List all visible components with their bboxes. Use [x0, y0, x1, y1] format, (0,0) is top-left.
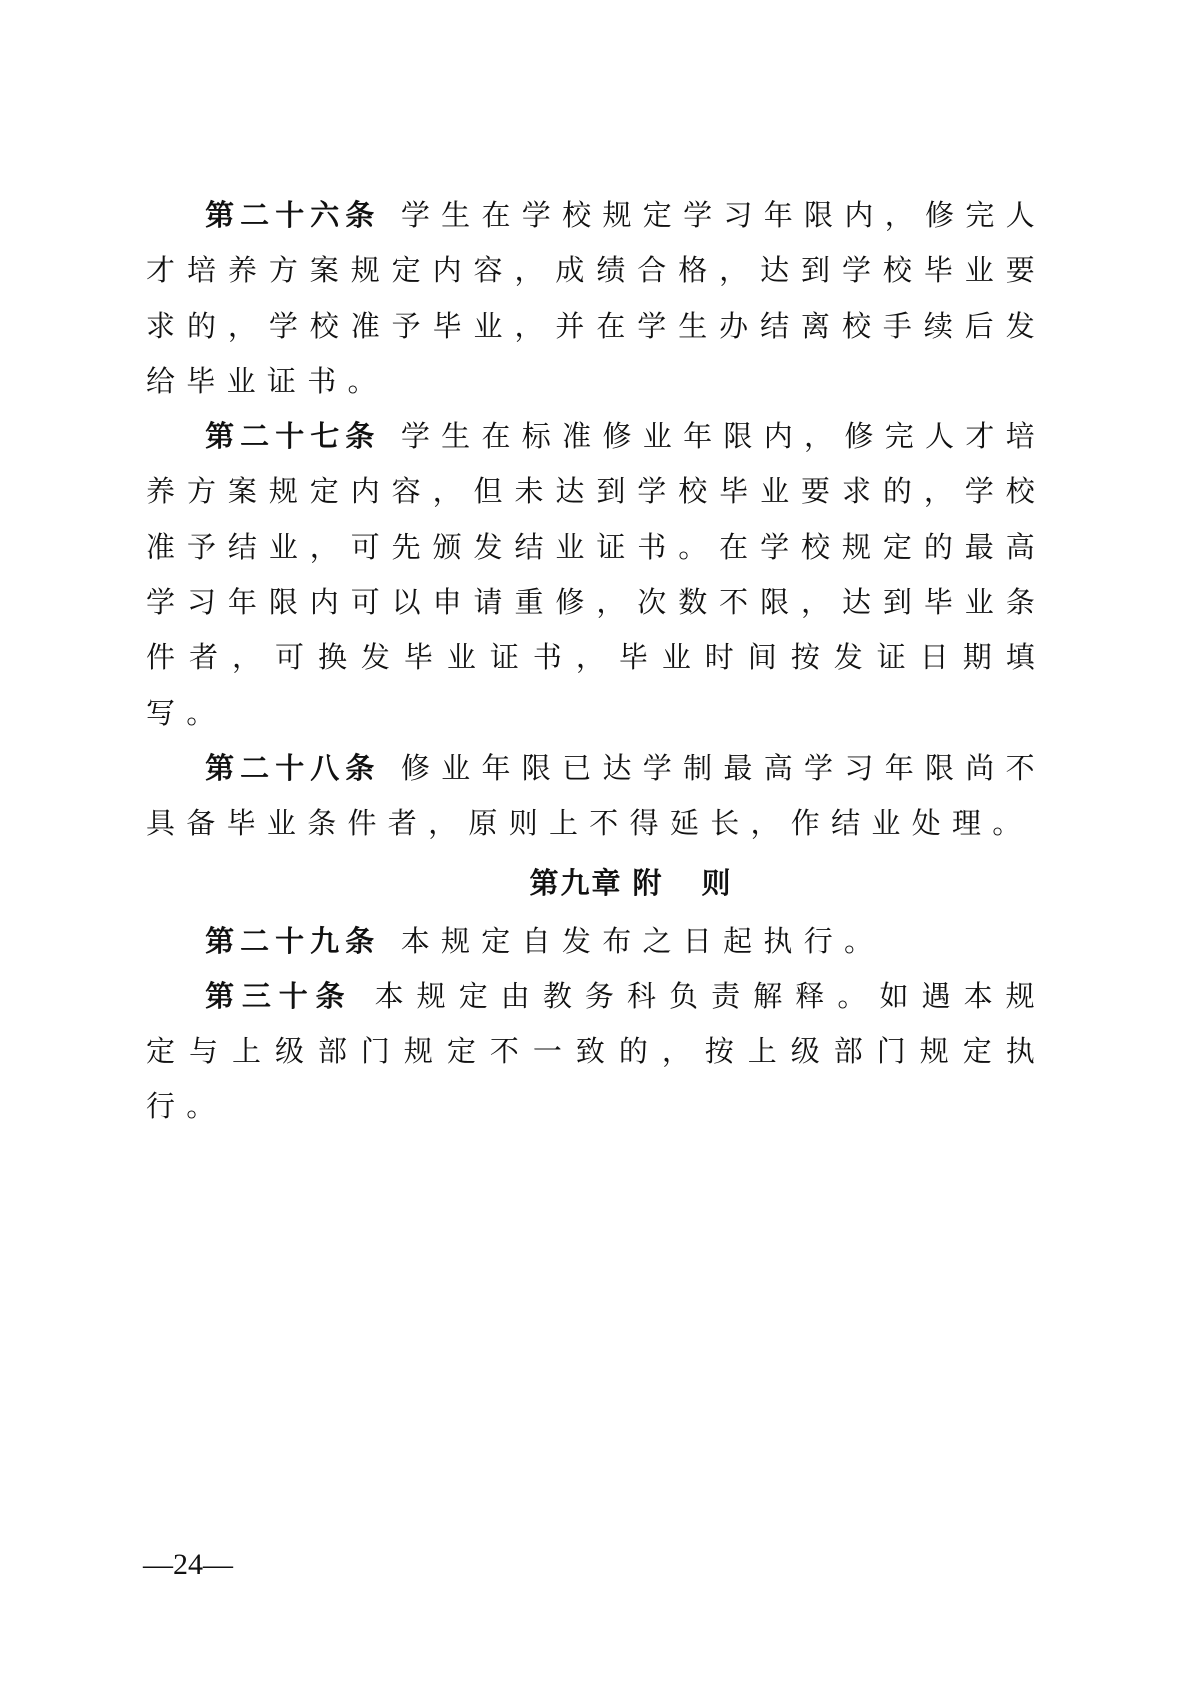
- article-label: 第二十九条: [205, 924, 380, 958]
- chapter-title-part1: 附: [632, 866, 663, 900]
- chapter-number: 第九章: [529, 866, 622, 900]
- article-text: 本规定自发布之日起执行。: [401, 924, 885, 958]
- article-label: 第二十七条: [205, 419, 380, 453]
- chapter-title-part2: 则: [702, 866, 733, 900]
- document-page: 第二十六条 学生在学校规定学习年限内，修完人才培养方案规定内容，成绩合格，达到学…: [0, 0, 1191, 1684]
- article-text: 学生在标准修业年限内，修完人才培养方案规定内容，但未达到学校毕业要求的，学校准予…: [146, 419, 1046, 729]
- article-29: 第二十九条 本规定自发布之日起执行。: [146, 914, 1046, 969]
- article-label: 第二十八条: [205, 751, 380, 785]
- article-28: 第二十八条 修业年限已达学制最高学习年限尚不具备毕业条件者，原则上不得延长，作结…: [146, 741, 1046, 852]
- article-26: 第二十六条 学生在学校规定学习年限内，修完人才培养方案规定内容，成绩合格，达到学…: [146, 188, 1046, 409]
- article-label: 第二十六条: [205, 198, 380, 232]
- article-27: 第二十七条 学生在标准修业年限内，修完人才培养方案规定内容，但未达到学校毕业要求…: [146, 409, 1046, 741]
- article-30: 第三十条 本规定由教务科负责解释。如遇本规定与上级部门规定不一致的，按上级部门规…: [146, 969, 1046, 1135]
- chapter-heading: 第九章附则: [146, 852, 1046, 914]
- article-label: 第三十条: [205, 979, 352, 1013]
- document-body: 第二十六条 学生在学校规定学习年限内，修完人才培养方案规定内容，成绩合格，达到学…: [146, 188, 1046, 1135]
- page-number: —24—: [143, 1548, 233, 1582]
